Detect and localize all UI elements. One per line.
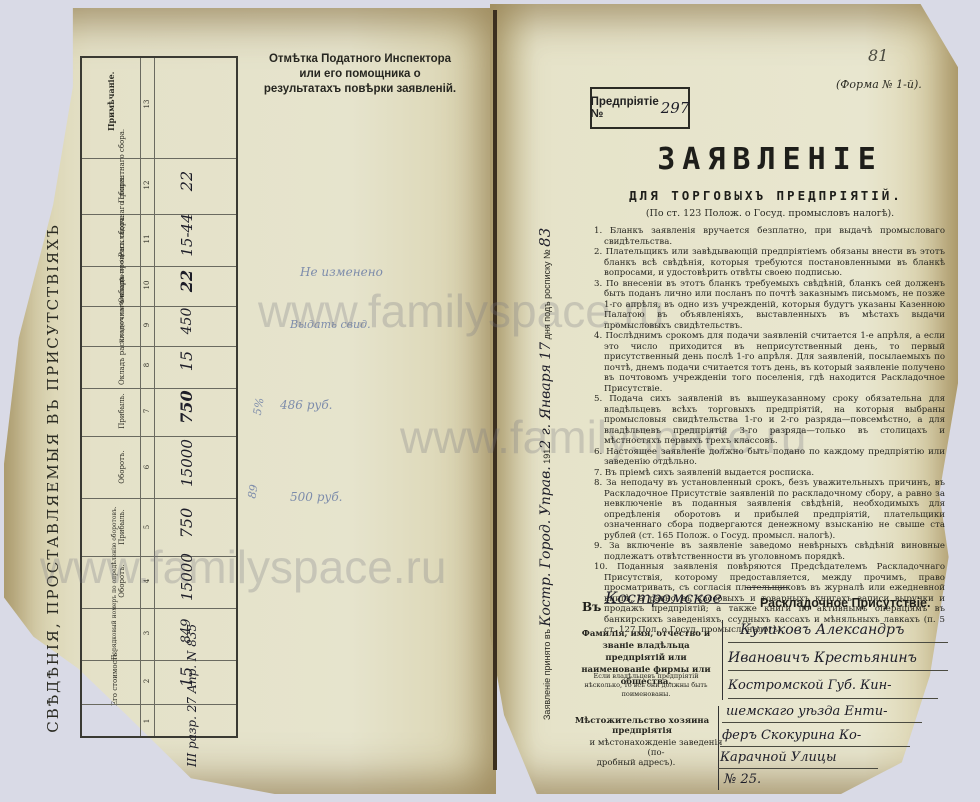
city-underline (604, 603, 754, 604)
column-9: Процентъ прибыли ... обложенія 9 450 (82, 306, 236, 346)
column-1: 1 III разр. 27 Апр. N 835 (82, 704, 236, 738)
cell-value: III разр. 27 Апр. N 835 (188, 667, 196, 767)
column-number: 12 (143, 178, 151, 192)
receipt-line: Заявленіе принято въ Костр. Город. Управ… (536, 228, 554, 720)
form-label: (Форма № 1-й). (836, 78, 922, 91)
document-title: ЗАЯВЛЕНІЕ (620, 142, 920, 177)
column-8: Окладъ раскладочнаго сбора. 8 15 (82, 346, 236, 388)
receipt-number: 83 (536, 228, 554, 247)
address-label: дробный адресъ). (596, 758, 676, 768)
column-11: Раскладочнаго сбора. 11 15-44 (82, 214, 236, 266)
divider (745, 587, 789, 588)
column-header: Его стоимость. (111, 656, 119, 706)
enterprise-label: Предпріятіе № (591, 96, 659, 120)
column-6: Оборотъ. 6 15000 (82, 436, 236, 498)
city-field: Костромское (605, 588, 722, 607)
rule-item: 7. Въ пріемѣ сихъ заявленій выдается рос… (590, 468, 945, 479)
handwritten-note: 486 руб. (280, 398, 333, 412)
rule-item: 4. Послѣднимъ срокомъ для подачи заявлен… (590, 331, 945, 394)
rule-item: 6. Настоящее заявленіе должно быть подан… (590, 447, 945, 468)
owner-note: Если владѣльцевъ предпріятій нѣсколько, … (576, 672, 716, 699)
rule-item: 9. За включеніе въ заявленіе заведомо не… (590, 541, 945, 562)
column-number: 13 (143, 97, 151, 111)
cell-value: 15000 (183, 438, 191, 488)
owner-brace (722, 620, 723, 700)
cell-value: 22 (183, 156, 191, 206)
address-label: Мѣстожительство хозяина предпріятія (566, 716, 718, 736)
receipt-place: Костр. Город. Управ. (538, 466, 554, 626)
address-label: и мѣстонахожденіе заведенія (по- (586, 738, 726, 758)
column-number: 11 (143, 232, 151, 246)
handwritten-note: 89 (245, 483, 260, 499)
address-line: шемскаго уѣзда Енти- (726, 704, 887, 719)
column-header: Оборотъ. (118, 447, 126, 487)
column-7: Прибыль. 7 750 (82, 388, 236, 436)
rule-item: 1. Бланкъ заявленія вручается безплатно,… (590, 226, 945, 247)
column-number: 8 (143, 358, 151, 372)
in-label: Въ (582, 600, 601, 614)
column-number: 10 (143, 278, 151, 292)
column-number: 7 (143, 404, 151, 418)
rules-list: 1. Бланкъ заявленія вручается безплатно,… (590, 226, 945, 636)
handwritten-note: Не изменено (300, 265, 383, 279)
law-reference: (По ст. 123 Полож. о Госуд. промысловъ н… (620, 208, 920, 219)
receipt-label: Заявленіе принято въ (542, 629, 552, 720)
rule-item: 5. Подача сихъ заявленій въ вышеуказанно… (590, 394, 945, 447)
cell-value: 15 (183, 336, 191, 386)
answer-line (720, 746, 910, 747)
enterprise-number: 297 (661, 99, 690, 117)
cell-value: 15-44 (183, 210, 191, 260)
address-line: № 25. (724, 772, 761, 787)
committee-label: Раскладочное Присутствіе. (760, 596, 930, 610)
column-number: 3 (143, 626, 151, 640)
page-number: 81 (868, 46, 888, 65)
column-header: Окладъ раскладочнаго сбора. (118, 345, 126, 385)
address-line: феръ Скокурина Ко- (722, 728, 861, 743)
answer-line (728, 642, 948, 643)
owner-line: Костромской Губ. Кин- (728, 678, 892, 693)
rule-item: 2. Плательщикъ или завѣдывающій предпрія… (590, 247, 945, 279)
rule-item: 3. По внесеніи въ этотъ бланкъ требуемых… (590, 279, 945, 332)
column-2: Его стоимость. 2 15 (82, 660, 236, 704)
enterprise-number-box: Предпріятіе № 297 (590, 87, 690, 129)
column-3: Порядковый номеръ по опредѣленію оборото… (82, 608, 236, 660)
receipt-date: 2 г. Января 17 (538, 342, 554, 449)
table-title: СВѢДѢНІЯ, ПРОСТАВЛЯЕМЫЯ ВЪ ПРИСУТСТВІЯХЪ (44, 218, 62, 738)
cell-value: 750 (183, 382, 191, 432)
owner-line: Куликовъ Александръ (740, 622, 904, 638)
document-subtitle: ДЛЯ ТОРГОВЫХЪ ПРЕДПРІЯТІЙ. (588, 188, 944, 203)
column-number: 5 (143, 520, 151, 534)
column-12: Процентнаго сбора. 12 22 (82, 158, 236, 214)
column-10: Окладъ процент. сбора. 10 22 (82, 266, 236, 306)
answer-line (722, 722, 922, 723)
answer-line (728, 670, 948, 671)
column-header: Прибыль. (118, 391, 126, 431)
column-13: Примѣчаніе. 13 (82, 58, 236, 158)
column-header: Примѣчаніе. (107, 73, 115, 131)
owner-line: Ивановичъ Крестьянинъ (728, 650, 917, 666)
rule-item: 8. За неподачу въ установленный срокъ, б… (590, 478, 945, 541)
watermark: www.familyspace.ru (40, 540, 446, 594)
assessment-table: Примѣчаніе. 13 Процентнаго сбора. 12 22 … (80, 56, 238, 738)
column-number: 2 (143, 674, 151, 688)
inspector-note-title: Отмѣтка Податного Инспектора или его пом… (260, 52, 460, 97)
column-number: 6 (143, 460, 151, 474)
receipt-year-label: 191 (542, 449, 552, 464)
handwritten-note: 500 руб. (290, 490, 343, 504)
answer-line (728, 698, 938, 699)
address-brace (718, 706, 719, 790)
answer-line (718, 768, 878, 769)
left-page (4, 8, 496, 794)
column-number: 1 (143, 714, 151, 728)
address-line: Карачной Улицы (720, 750, 837, 765)
receipt-number-label: дня подъ росписку № (542, 249, 552, 339)
column-number: 9 (143, 318, 151, 332)
book-spine (493, 10, 497, 770)
